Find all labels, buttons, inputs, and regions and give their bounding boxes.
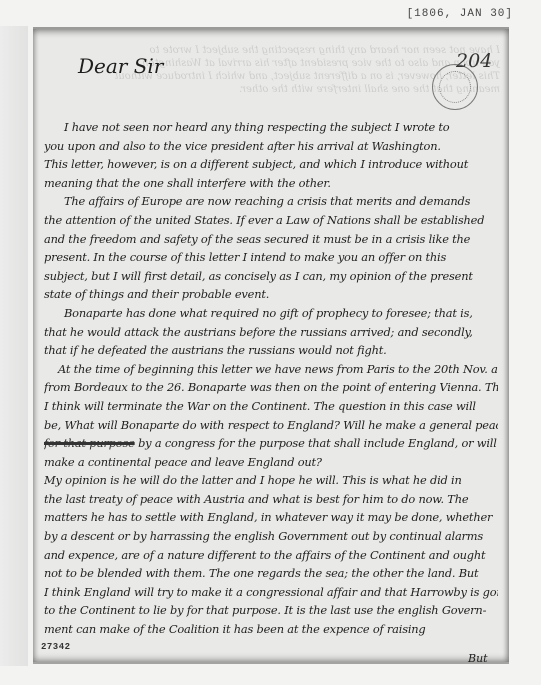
letter-line: and the freedom and safety of the seas s… — [44, 230, 498, 249]
catalog-number: 27342 — [41, 642, 71, 652]
letter-line: Bonaparte has done what required no gift… — [44, 304, 498, 323]
letter-line-with-strikethrough: for that purpose by a congress for the p… — [44, 434, 498, 453]
letter-line: present. In the course of this letter I … — [44, 248, 498, 267]
letter-line: make a continental peace and leave Engla… — [44, 453, 498, 472]
letter-line: meaning that the one shall interfere wit… — [44, 174, 498, 193]
scan-left-margin — [0, 26, 28, 666]
letter-line: to the Continent to lie by for that purp… — [44, 601, 498, 620]
letter-line: I think England will try to make it a co… — [44, 583, 498, 602]
letter-line: subject, but I will first detail, as con… — [44, 267, 498, 286]
letter-line: the attention of the united States. If e… — [44, 211, 498, 230]
bleed-line: I have not seen nor heard any thing resp… — [149, 45, 500, 56]
letter-line: At the time of beginning this letter we … — [44, 360, 498, 379]
salutation: Dear Sir — [78, 54, 163, 78]
letter-line: that if he defeated the austrians the ru… — [44, 341, 498, 360]
archive-date-label: [1806, JAN 30] — [407, 8, 513, 20]
letter-line: that he would attack the austrians befor… — [44, 323, 498, 342]
letter-line: My opinion is he will do the latter and … — [44, 471, 498, 490]
letter-line: from Bordeaux to the 26. Bonaparte was t… — [44, 378, 498, 397]
letter-line: and expence, are of a nature different t… — [44, 546, 498, 565]
letter-line: by a descent or by harrassing the englis… — [44, 527, 498, 546]
archive-stamp-icon — [432, 64, 478, 110]
letter-body: I have not seen nor heard any thing resp… — [44, 118, 498, 639]
letter-line: be, What will Bonaparte do with respect … — [44, 416, 498, 435]
catchword: But — [468, 652, 488, 665]
letter-line: This letter, however, is on a different … — [44, 155, 498, 174]
letter-line: not to be blended with them. The one reg… — [44, 564, 498, 583]
letter-line-text: by a congress for the purpose that shall… — [135, 436, 498, 450]
letter-line: I think will terminate the War on the Co… — [44, 397, 498, 416]
letter-line: matters he has to settle with England, i… — [44, 508, 498, 527]
struck-out-text: for that purpose — [44, 436, 135, 450]
letter-line: the last treaty of peace with Austria an… — [44, 490, 498, 509]
letter-line: state of things and their probable event… — [44, 285, 498, 304]
letter-line: I have not seen nor heard any thing resp… — [44, 118, 498, 137]
letter-line: ment can make of the Coalition it has be… — [44, 620, 498, 639]
letter-line: The affairs of Europe are now reaching a… — [44, 192, 498, 211]
letter-line: you upon and also to the vice president … — [44, 137, 498, 156]
